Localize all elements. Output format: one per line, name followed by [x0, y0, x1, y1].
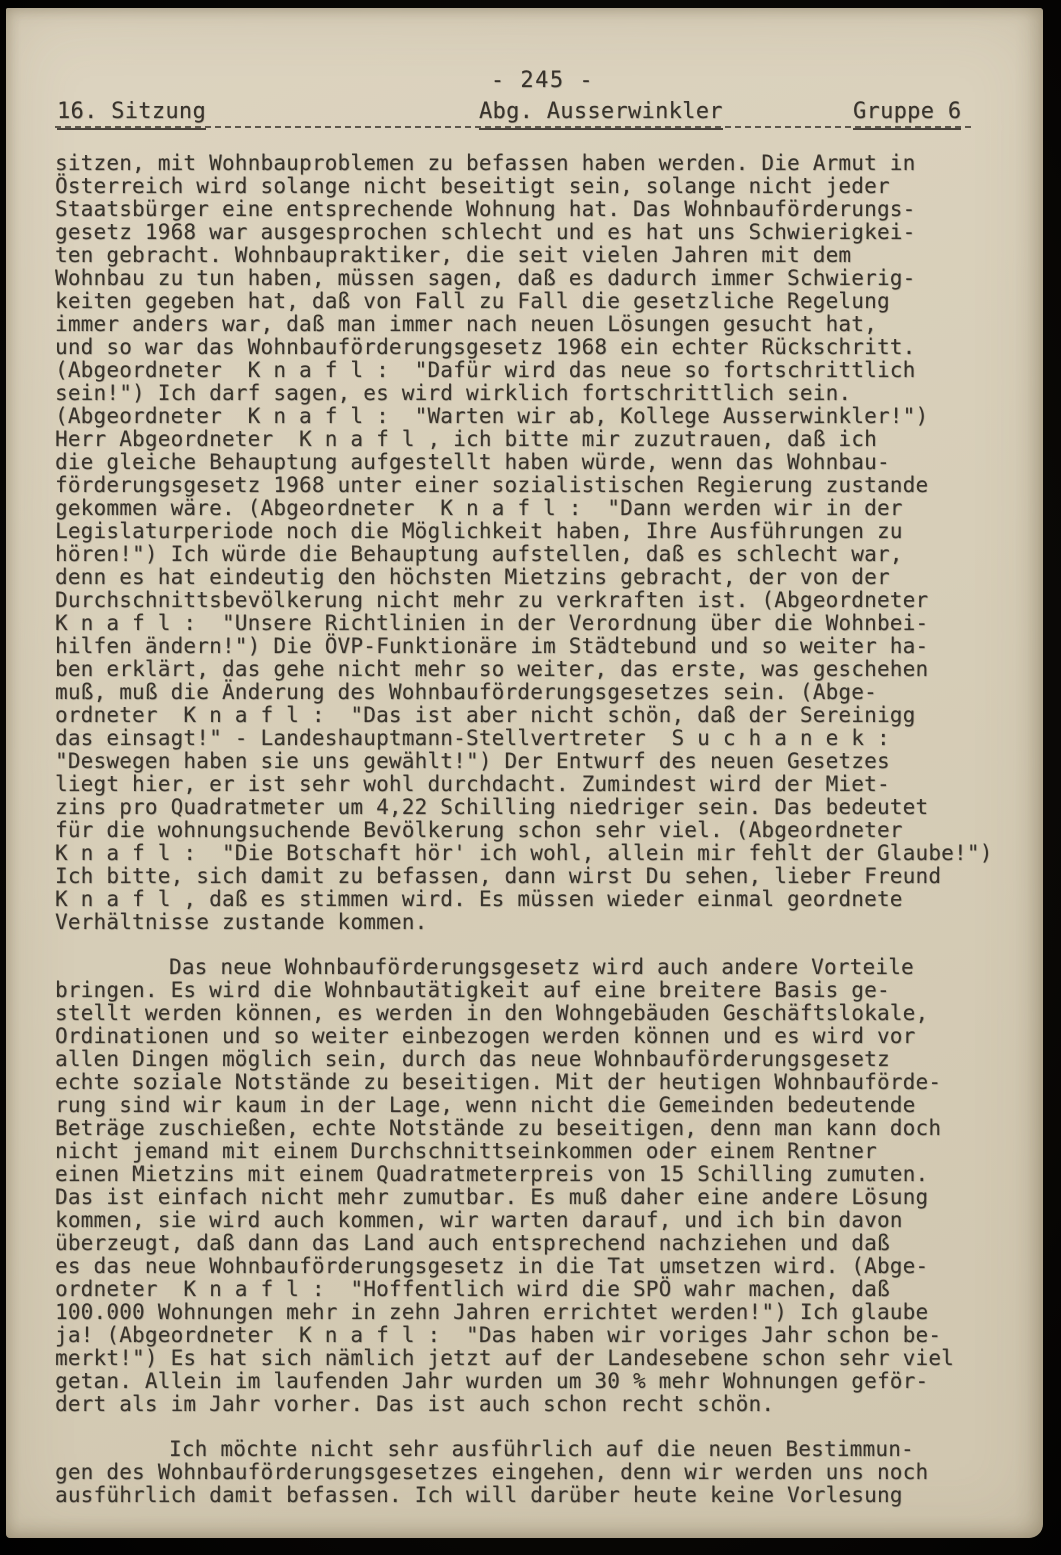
header-session-label: 16. Sitzung	[57, 99, 206, 130]
speech-body: sitzen, mit Wohnbauproblemen zu befassen…	[55, 152, 1018, 1507]
speech-paragraph: sitzen, mit Wohnbauproblemen zu befassen…	[55, 152, 1018, 934]
page-number: - 245 -	[67, 68, 1018, 93]
document-page: - 245 - 16. Sitzung Abg. Ausserwinkler G…	[6, 8, 1043, 1538]
header-group-label: Gruppe 6	[853, 99, 961, 130]
header-speaker-label: Abg. Ausserwinkler	[479, 99, 723, 130]
scan-background: - 245 - 16. Sitzung Abg. Ausserwinkler G…	[0, 0, 1061, 1555]
speech-paragraph: Das neue Wohnbauförderungsgesetz wird au…	[55, 956, 1018, 1416]
speech-paragraph: Ich möchte nicht sehr ausführlich auf di…	[55, 1438, 1018, 1507]
page-header: 16. Sitzung Abg. Ausserwinkler Gruppe 6	[55, 95, 1018, 131]
